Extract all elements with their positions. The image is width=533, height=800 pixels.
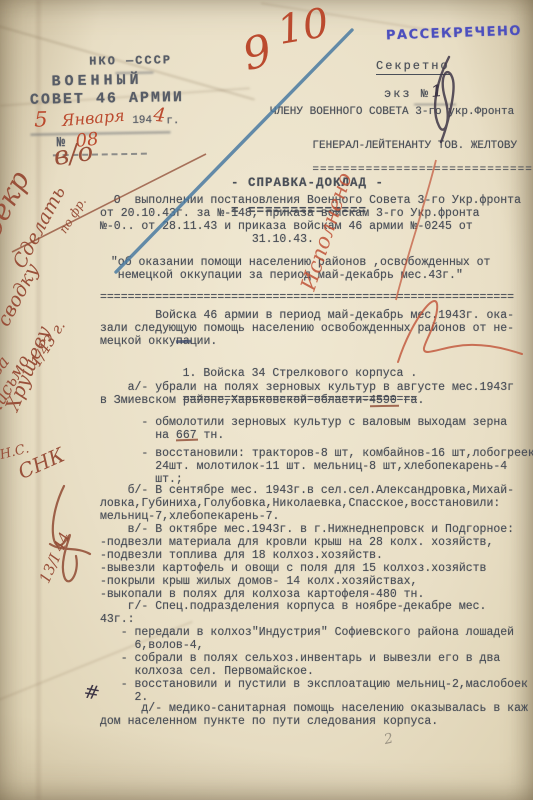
margin-note-summary: сводку <box>0 260 44 330</box>
list-item-a-threshing: - обмолотили зерновых культур с валовым … <box>100 416 507 442</box>
list-item-a-restored: - восстановили: тракторов-8 шт, комбайно… <box>100 447 533 486</box>
addressee-name-text: ГЕНЕРАЛ-ЛЕЙТЕНАНТУ ТОВ. ЖЕЛТОВУ <box>312 140 517 152</box>
red-page-mark-2: 10 <box>274 0 332 54</box>
hash-mark: # <box>82 680 102 704</box>
document-title-text: - СПРАВКА-ДОКЛАД - <box>231 176 384 190</box>
stamp-date-underline <box>30 131 170 135</box>
stamp-date-day: 5 <box>34 107 48 131</box>
margin-date-note: 13/I 44 <box>36 529 74 586</box>
addressee-line: ЧЛЕНУ ВОЕННОГО СОВЕТА 3-го укр.Фронта <box>270 106 514 119</box>
page-number-mark: 2 <box>383 730 395 748</box>
red-page-mark-1: 9 <box>238 25 278 81</box>
list-item-d-medical: д/- медико-санитарная помощь населению о… <box>100 702 528 728</box>
intro-paragraph: Войска 46 армии в период май-декабрь мес… <box>100 309 514 348</box>
copy-number-label: экз № <box>384 88 430 101</box>
section-heading-text: 1. Войска 34 Стрелкового корпуса . <box>183 367 418 380</box>
margin-note-corner: в/о <box>52 137 95 172</box>
list-item-b-september: б/- В сентябре мес. 1943г.в сел.сел.Алек… <box>100 484 514 523</box>
ink-correction-mark <box>176 340 191 344</box>
list-item-g-special-units: г/- Спец.подразделения корпуса в ноябре-… <box>100 600 528 704</box>
stamp-date-month: Января <box>61 106 126 130</box>
copy-number-value: 1 <box>430 81 443 101</box>
stamp-council-line1: ВОЕННЫЙ <box>51 74 142 89</box>
stamp-date-year-handwritten: 4 <box>152 104 166 127</box>
scanned-document-page: НКО —СССР ВОЕННЫЙ СОВЕТ 46 АРМИИ 5 Январ… <box>0 0 533 800</box>
section-separator: ========================================… <box>100 291 514 304</box>
declassified-stamp: РАССЕКРЕЧЕНО <box>386 24 522 44</box>
secrecy-label: Секретно <box>376 60 450 75</box>
stamp-date-suffix: г. <box>166 115 179 128</box>
list-item-a-harvest: а/- убрали на полях зерновых культур в а… <box>100 381 514 407</box>
quoted-subject-paragraph: "об оказании помощи населению районов ,о… <box>104 256 490 282</box>
stamp-date-year-typed: 194 <box>132 115 152 128</box>
list-item-v-october: в/- В октябре мес.1943г. в г.Нижнеднепро… <box>100 523 514 601</box>
stamp-org-line: НКО —СССР <box>89 54 172 68</box>
